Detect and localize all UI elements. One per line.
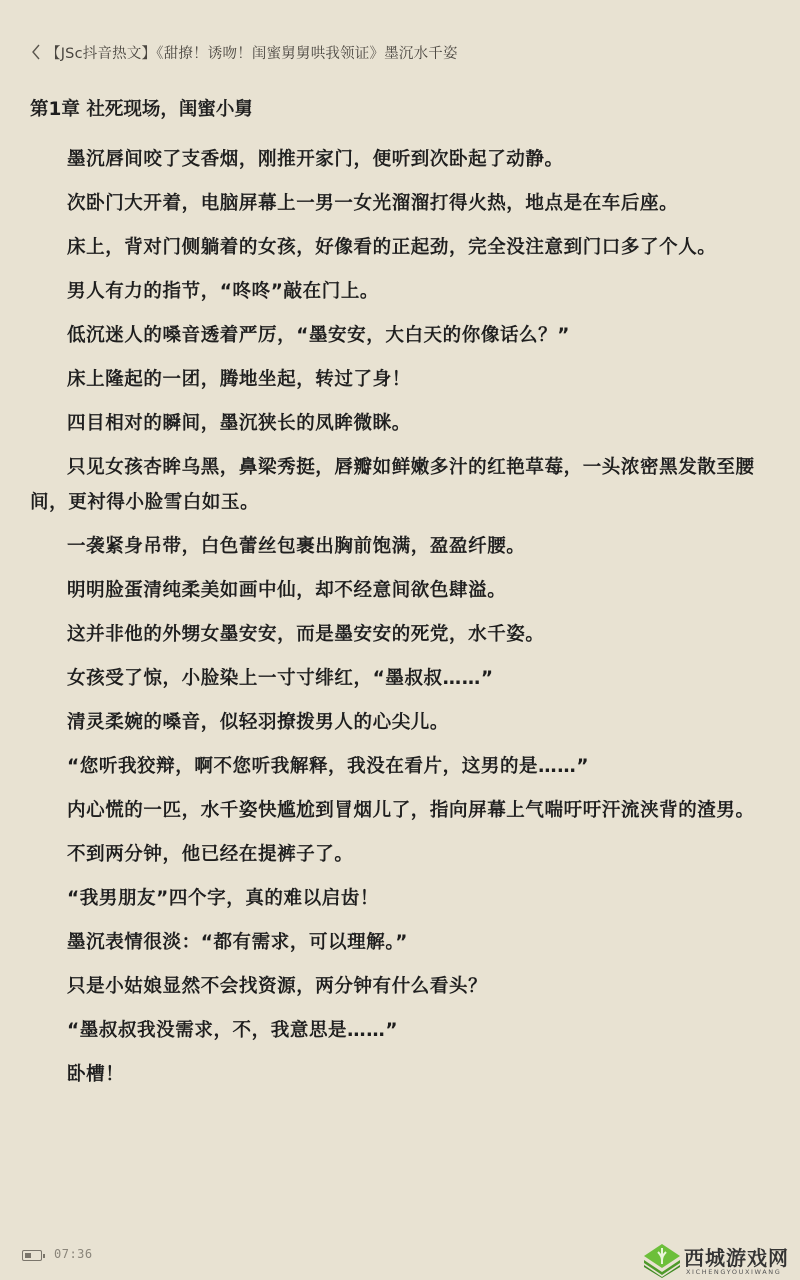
leaf-logo-icon — [642, 1242, 682, 1278]
paragraph: 男人有力的指节，“咚咚”敲在门上。 — [30, 275, 775, 310]
watermark-sub: XICHENGYOUXIWANG — [686, 1268, 781, 1276]
paragraph: “您听我狡辩，啊不您听我解释，我没在看片，这男的是……” — [30, 750, 775, 785]
paragraph: “我男朋友”四个字，真的难以启齿！ — [30, 882, 775, 917]
paragraph: “墨叔叔我没需求，不，我意思是……” — [30, 1014, 775, 1049]
battery-level — [25, 1253, 31, 1258]
paragraph: 内心慌的一匹，水千姿快尴尬到冒烟儿了，指向屏幕上气喘吁吁汗流浃背的渣男。 — [30, 794, 775, 829]
paragraph: 只见女孩杏眸乌黑，鼻梁秀挺，唇瓣如鲜嫩多汁的红艳草莓，一头浓密黑发散至腰间，更衬… — [30, 451, 775, 520]
back-button[interactable] — [26, 40, 46, 64]
paragraph: 墨沉表情很淡：“都有需求，可以理解。” — [30, 926, 775, 961]
watermark-logo: 西城游戏网 XICHENGYOUXIWANG — [642, 1242, 800, 1280]
chevron-left-icon — [31, 44, 41, 60]
clock-time: 07:36 — [54, 1247, 93, 1261]
watermark-name: 西城游戏网 — [684, 1242, 789, 1271]
paragraph: 只是小姑娘显然不会找资源，两分钟有什么看头？ — [30, 970, 775, 1005]
paragraph: 床上隆起的一团，腾地坐起，转过了身！ — [30, 363, 775, 398]
paragraph: 墨沉唇间咬了支香烟，刚推开家门，便听到次卧起了动静。 — [30, 143, 775, 178]
chapter-content: 第1章 社死现场，闺蜜小舅 墨沉唇间咬了支香烟，刚推开家门，便听到次卧起了动静。… — [30, 95, 775, 1102]
chapter-title: 第1章 社死现场，闺蜜小舅 — [30, 95, 775, 125]
paragraph: 四目相对的瞬间，墨沉狭长的凤眸微眯。 — [30, 407, 775, 442]
paragraph: 清灵柔婉的嗓音，似轻羽撩拨男人的心尖儿。 — [30, 706, 775, 741]
paragraph: 这并非他的外甥女墨安安，而是墨安安的死党，水千姿。 — [30, 618, 775, 653]
paragraph: 低沉迷人的嗓音透着严厉，“墨安安，大白天的你像话么？” — [30, 319, 775, 354]
reader-header: 【JSc抖音热文】《甜撩！诱吻！闺蜜舅舅哄我领证》墨沉水千姿 — [0, 36, 800, 68]
paragraph: 明明脸蛋清纯柔美如画中仙，却不经意间欲色肆溢。 — [30, 574, 775, 609]
paragraph: 不到两分钟，他已经在提裤子了。 — [30, 838, 775, 873]
paragraph: 女孩受了惊，小脸染上一寸寸绯红，“墨叔叔……” — [30, 662, 775, 697]
book-title: 【JSc抖音热文】《甜撩！诱吻！闺蜜舅舅哄我领证》墨沉水千姿 — [46, 42, 458, 63]
paragraph: 床上，背对门侧躺着的女孩，好像看的正起劲，完全没注意到门口多了个人。 — [30, 231, 775, 266]
battery-icon — [22, 1250, 42, 1261]
paragraph: 一袭紧身吊带，白色蕾丝包裹出胸前饱满，盈盈纤腰。 — [30, 530, 775, 565]
reader-footer: 07:36 西城游戏网 XICHENGYOUXIWANG — [0, 1236, 800, 1276]
paragraph: 次卧门大开着，电脑屏幕上一男一女光溜溜打得火热，地点是在车后座。 — [30, 187, 775, 222]
paragraph: 卧槽！ — [30, 1058, 775, 1093]
